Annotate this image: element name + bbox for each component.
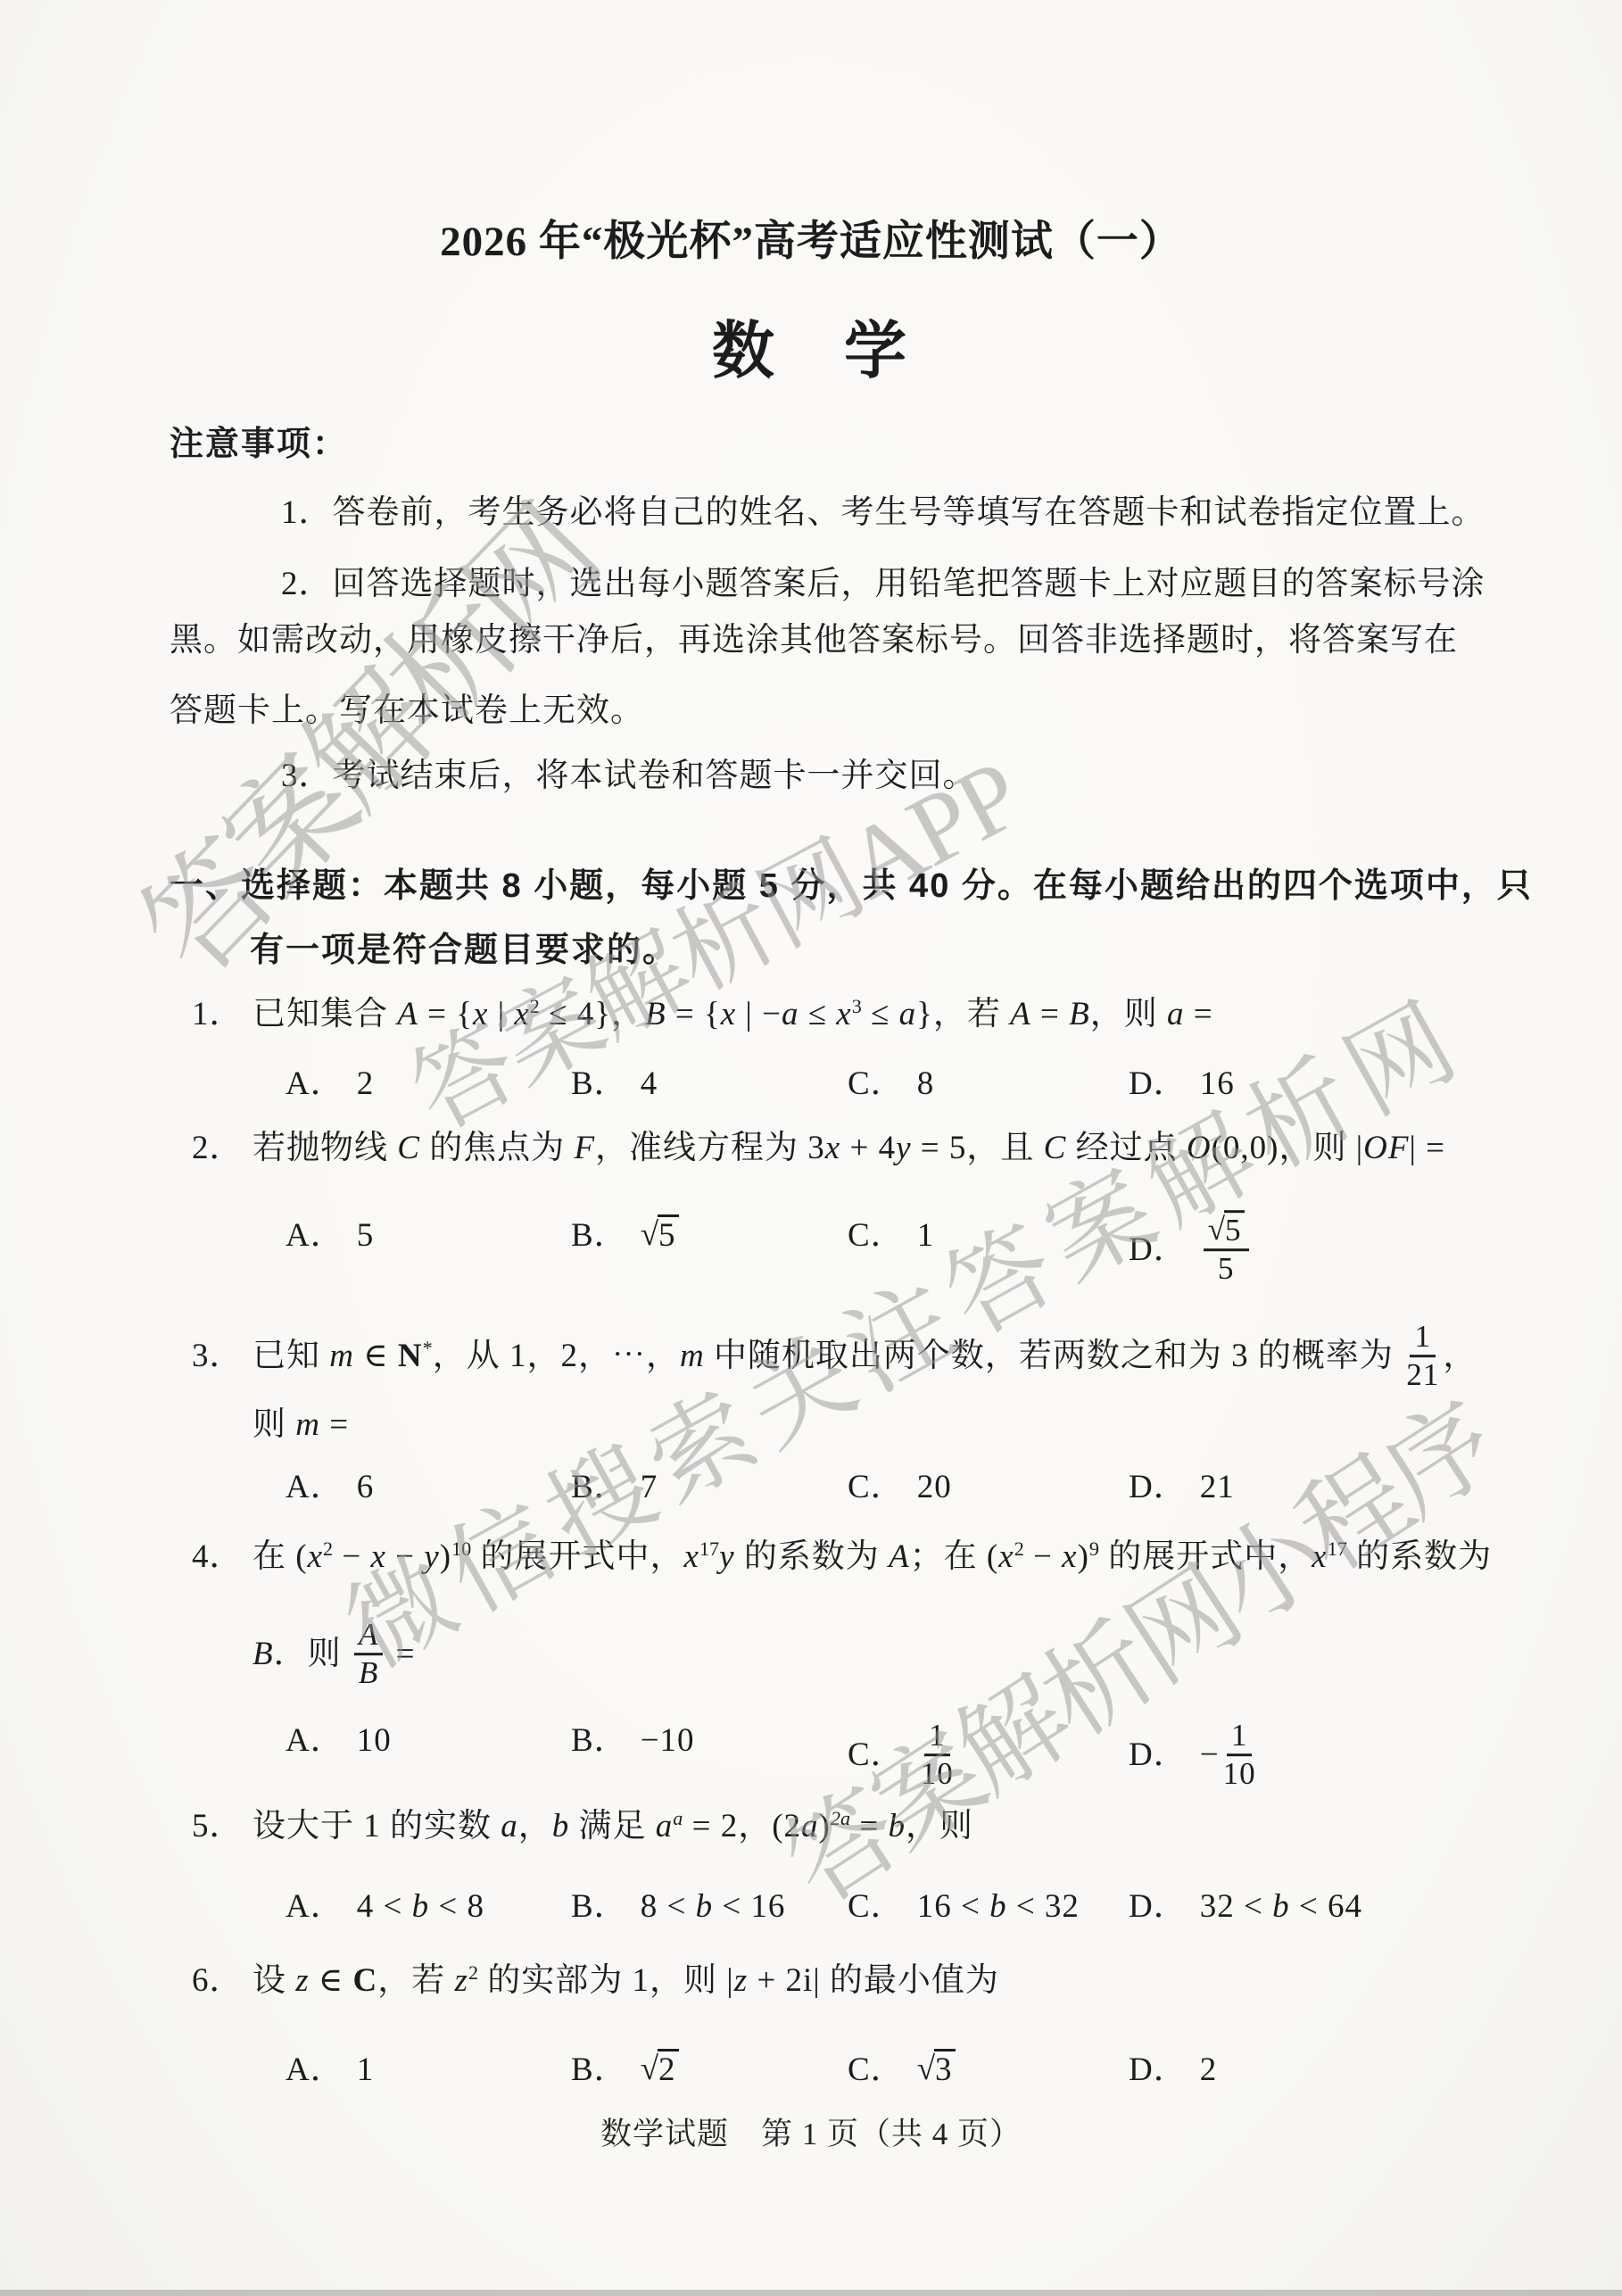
question-4-option-c: C．110 (848, 1722, 957, 1793)
question-2-text: 2．若抛物线 C 的焦点为 F，准线方程为 3x + 4y = 5，且 C 经过… (192, 1130, 1445, 1168)
question-3-text-line-2: 则 m = (252, 1406, 349, 1445)
question-1-options: A．2 B．4 C．8 D．16 (0, 1065, 1622, 1105)
question-1-stem: 已知集合 A = {x | x2 ≤ 4}，B = {x | −a ≤ x3 ≤… (252, 996, 1213, 1032)
section-heading-line-2: 有一项是符合题目要求的。 (250, 931, 678, 970)
question-4-option-a: A．10 (286, 1722, 392, 1761)
notice-item-3: 3．考试结束后，将本试卷和答题卡一并交回。 (281, 758, 977, 796)
question-3-option-a: A．6 (286, 1469, 374, 1507)
question-3-option-c: C．20 (848, 1469, 952, 1507)
notice-item-2-line-3: 答题卡上。写在本试卷上无效。 (170, 692, 644, 731)
question-4-stem-line-1: 在 (x2 − x − y)10 的展开式中，x17y 的系数为 A；在 (x2… (252, 1538, 1492, 1575)
question-3-number: 3． (192, 1338, 252, 1376)
notice-item-2-line-2: 黑。如需改动，用橡皮擦干净后，再选涂其他答案标号。回答非选择题时，将答案写在 (170, 622, 1458, 660)
question-5-number: 5． (192, 1808, 252, 1846)
question-1-option-d: D．16 (1129, 1065, 1235, 1104)
question-1-text: 1．已知集合 A = {x | x2 ≤ 4}，B = {x | −a ≤ x3… (192, 996, 1213, 1034)
question-3-text-line-1: 3．已知 m ∈ N*，从 1，2，⋯，m 中随机取出两个数，若两数之和为 3 … (192, 1323, 1477, 1394)
question-2-stem: 若抛物线 C 的焦点为 F，准线方程为 3x + 4y = 5，且 C 经过点 … (252, 1130, 1445, 1166)
question-4-number: 4． (192, 1538, 252, 1577)
question-6-option-d: D．2 (1129, 2051, 1217, 2090)
question-4-text-line-1: 4．在 (x2 − x − y)10 的展开式中，x17y 的系数为 A；在 (… (192, 1538, 1492, 1577)
question-4-options: A．10 B．−10 C．110 D．−110 (0, 1722, 1622, 1803)
scan-bottom-edge (0, 2290, 1622, 2296)
question-6-option-a: A．1 (286, 2051, 374, 2090)
question-4-option-b: B．−10 (571, 1722, 695, 1761)
question-2-option-b: B．√5 (571, 1217, 679, 1256)
exam-paper-page: 答案解析网 答案解析网APP 微信搜索关注答案解析网 答案解析网小程序 2026… (0, 0, 1622, 2296)
exam-subject: 数 学 (0, 315, 1622, 387)
question-2-option-c: C．1 (848, 1217, 934, 1256)
question-2-option-a: A．5 (286, 1217, 374, 1256)
notice-item-2-line-1: 2．回答选择题时，选出每小题答案后，用铅笔把答题卡上对应题目的答案标号涂 (281, 566, 1485, 604)
question-6-number: 6． (192, 1962, 252, 2001)
question-6-text: 6．设 z ∈ C，若 z2 的实部为 1，则 |z + 2i| 的最小值为 (192, 1962, 999, 2001)
section-heading-line-1: 一、选择题：本题共 8 小题，每小题 5 分，共 40 分。在每小题给出的四个选… (170, 866, 1533, 906)
question-5-options: A．4 < b < 8 B．8 < b < 16 C．16 < b < 32 D… (0, 1888, 1622, 1927)
question-2-number: 2． (192, 1130, 252, 1168)
question-3-option-b: B．7 (571, 1469, 658, 1507)
question-4-option-d: D．−110 (1129, 1722, 1260, 1793)
question-5-option-a: A．4 < b < 8 (286, 1888, 484, 1927)
question-6-stem: 设 z ∈ C，若 z2 的实部为 1，则 |z + 2i| 的最小值为 (252, 1962, 999, 1999)
exam-title: 2026 年“极光杯”高考适应性测试（一） (0, 218, 1622, 267)
question-3-option-d: D．21 (1129, 1469, 1235, 1507)
question-1-number: 1． (192, 996, 252, 1034)
question-1-option-c: C．8 (848, 1065, 934, 1104)
question-5-text: 5．设大于 1 的实数 a，b 满足 aa = 2，(2a)2a = b，则 (192, 1808, 973, 1846)
question-1-option-a: A．2 (286, 1065, 374, 1104)
question-5-stem: 设大于 1 的实数 a，b 满足 aa = 2，(2a)2a = b，则 (252, 1808, 973, 1844)
question-5-option-c: C．16 < b < 32 (848, 1888, 1080, 1927)
notice-heading: 注意事项： (170, 425, 348, 464)
question-5-option-b: B．8 < b < 16 (571, 1888, 785, 1927)
question-2-options: A．5 B．√5 C．1 D．√55 (0, 1217, 1622, 1297)
question-3-stem-line-1: 已知 m ∈ N*，从 1，2，⋯，m 中随机取出两个数，若两数之和为 3 的概… (252, 1338, 1477, 1374)
question-3-options: A．6 B．7 C．20 D．21 (0, 1469, 1622, 1508)
page-footer: 数学试题 第 1 页（共 4 页） (0, 2117, 1622, 2153)
watermark-mini-program: 答案解析网小程序 (752, 1361, 1519, 1933)
question-4-stem-line-2: B．则 AB = (252, 1636, 415, 1672)
question-4-text-line-2: B．则 AB = (252, 1621, 415, 1692)
watermark-answer-site: 答案解析网 (95, 465, 627, 1007)
question-2-option-d: D．√55 (1129, 1217, 1253, 1288)
question-5-option-d: D．32 < b < 64 (1129, 1888, 1362, 1927)
question-6-option-c: C．√3 (848, 2051, 956, 2090)
question-6-option-b: B．√2 (571, 2051, 679, 2090)
question-6-options: A．1 B．√2 C．√3 D．2 (0, 2051, 1622, 2091)
question-3-stem-line-2: 则 m = (252, 1406, 349, 1443)
notice-item-1: 1．答卷前，考生务必将自己的姓名、考生号等填写在答题卡和试卷指定位置上。 (281, 494, 1485, 533)
question-1-option-b: B．4 (571, 1065, 658, 1104)
